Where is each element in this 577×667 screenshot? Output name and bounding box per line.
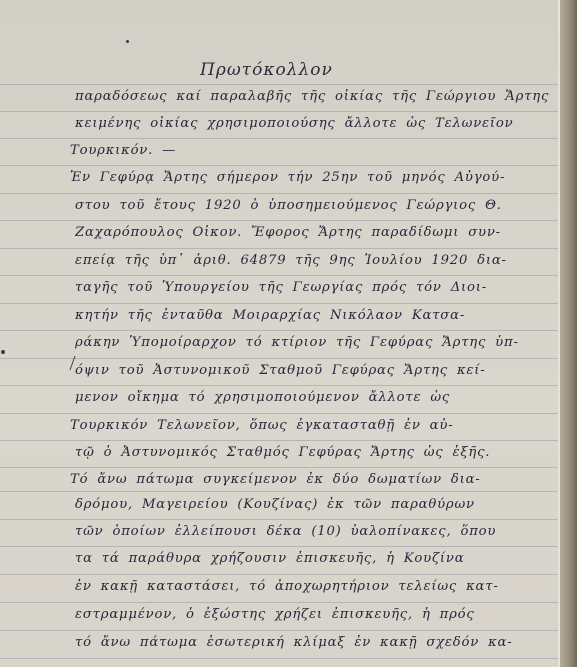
- text-line: Ζαχαρόπουλος Οἰκον. Ἔφορος Ἄρτης παραδίδ…: [75, 223, 553, 243]
- text-line: δρόμου, Μαγειρείου (Κουζίνας) ἐκ τῶν παρ…: [75, 495, 553, 515]
- text-line: παραδόσεως καί παραλαβῆς τῆς οἰκίας τῆς …: [75, 87, 553, 107]
- ruled-line: [0, 658, 560, 659]
- text-line: τῶν ὁποίων ἐλλείπουσι δέκα (10) ὑαλοπίνα…: [75, 522, 553, 542]
- ruled-line: [0, 519, 560, 520]
- margin-ink-dot: [1, 350, 5, 354]
- text-line: Ἐν Γεφύρᾳ Ἄρτης σήμερον τήν 25ην τοῦ μην…: [70, 168, 548, 188]
- text-line: ἐν κακῇ καταστάσει, τό ἀποχωρητήριον τελ…: [75, 577, 553, 597]
- document-page: Πρωτόκολλον παραδόσεως καί παραλαβῆς τῆς…: [0, 0, 560, 667]
- ruled-line: [0, 574, 560, 575]
- text-line: Τουρκικόν. —: [70, 141, 548, 161]
- text-line: όψιν τοῦ Ἀστυνομικοῦ Σταθμοῦ Γεφύρας Ἄρτ…: [75, 361, 553, 381]
- ruled-line: [0, 303, 560, 304]
- text-line: κειμένης οἰκίας χρησιμοποιούσης ἄλλοτε ὡ…: [75, 114, 553, 134]
- document-title: Πρωτόκολλον: [200, 60, 333, 80]
- text-line: Τό ἄνω πάτωμα συγκείμενον ἐκ δύο δωματίω…: [70, 470, 548, 490]
- text-line: εστραμμένον, ὁ ἐξώστης χρήζει ἐπισκευῆς,…: [75, 605, 553, 625]
- page-edge-binding: [558, 0, 577, 667]
- ruled-line: [0, 220, 560, 221]
- ruled-line: [0, 467, 560, 468]
- text-line: ράκην Ὑπομοίραρχον τό κτίριον τῆς Γεφύρα…: [75, 333, 553, 353]
- margin-ink-dot: [126, 40, 129, 43]
- text-line: ταγῆς τοῦ Ὑπουργείου τῆς Γεωργίας πρός τ…: [75, 278, 553, 298]
- ruled-line: [0, 111, 560, 112]
- text-line: στου τοῦ ἔτους 1920 ὁ ὑποσημειούμενος Γε…: [75, 196, 553, 216]
- ruled-line: [0, 248, 560, 249]
- text-line: τό ἄνω πάτωμα ἐσωτερική κλίμαξ ἐν κακῇ σ…: [75, 633, 553, 653]
- ruled-line: [0, 84, 560, 85]
- ruled-line: [0, 165, 560, 166]
- text-line: μενον οἴκημα τό χρησιμοποιούμενον ἄλλοτε…: [75, 388, 553, 408]
- text-line: επείᾳ τῆς ὑπ᾽ ἀριθ. 64879 τῆς 9ης Ἰουλίο…: [75, 251, 553, 271]
- ruled-line: [0, 630, 560, 631]
- text-line: κητήν τῆς ἐνταῦθα Μοιραρχίας Νικόλαον Κα…: [75, 306, 553, 326]
- text-line: τα τά παράθυρα χρήζουσιν ἐπισκευῆς, ἡ Κο…: [75, 549, 553, 569]
- ruled-line: [0, 138, 560, 139]
- ruled-line: [0, 602, 560, 603]
- ruled-line: [0, 413, 560, 414]
- text-line: Τουρκικόν Τελωνεῖον, ὅπως ἐγκατασταθῇ ἐν…: [70, 416, 548, 436]
- ruled-line: [0, 440, 560, 441]
- ruled-line: [0, 546, 560, 547]
- ruled-line: [0, 385, 560, 386]
- ruled-line: [0, 275, 560, 276]
- ruled-line: [0, 491, 560, 492]
- ruled-line: [0, 330, 560, 331]
- text-line: τῷ ὁ Ἀστυνομικός Σταθμός Γεφύρας Ἄρτης ὡ…: [75, 443, 553, 463]
- ruled-line: [0, 193, 560, 194]
